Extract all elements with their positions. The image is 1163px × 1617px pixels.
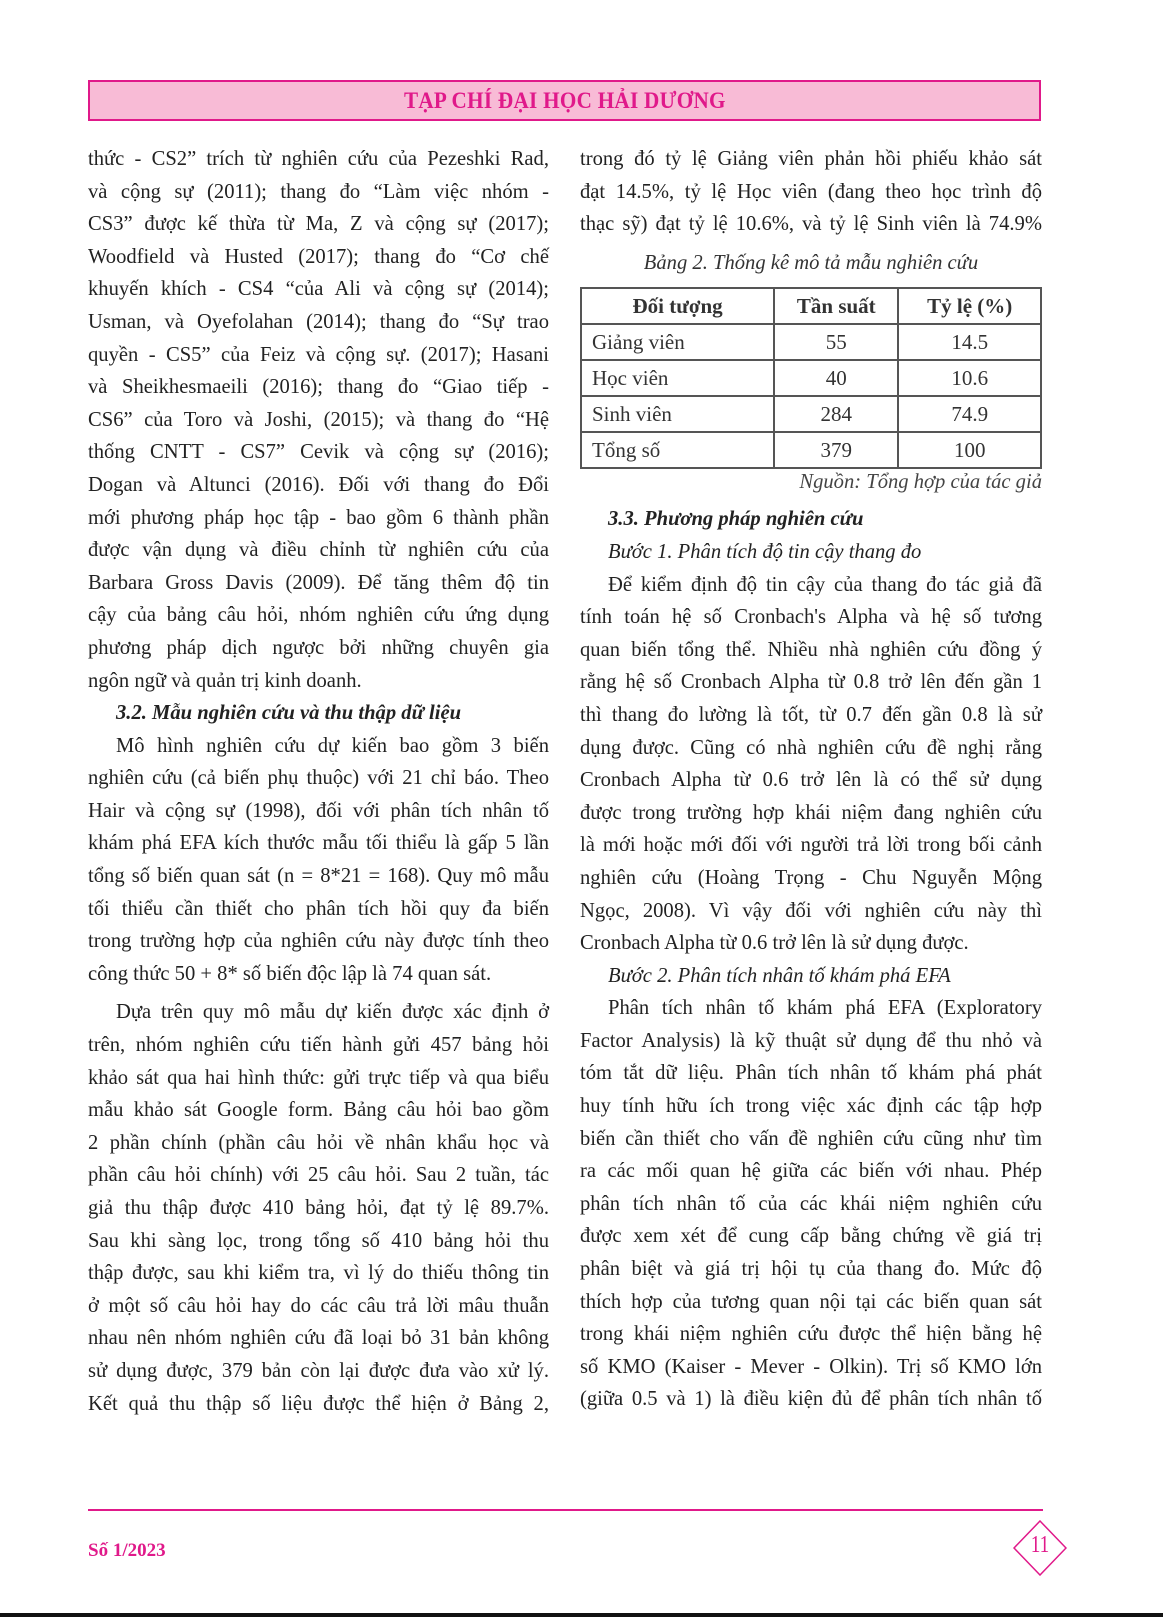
- text-line: dụng được. Cũng có nhà nghiên cứu đề ngh…: [580, 732, 1042, 765]
- issue-number: Số 1/2023: [88, 1540, 166, 1562]
- table-cell: 100: [898, 432, 1041, 468]
- step1-heading: Bước 1. Phân tích độ tin cậy thang đo: [580, 536, 1042, 569]
- scan-edge-strip: [0, 1613, 1163, 1617]
- text-line: biến cần thiết cho vấn đề nghiên cứu cũn…: [580, 1123, 1042, 1156]
- text-line: Để kiểm định độ tin cậy của thang đo tác…: [580, 569, 1042, 602]
- column-header: Tỷ lệ (%): [898, 288, 1041, 324]
- text-line: rằng hệ số Cronbach Alpha từ 0.8 trở lên…: [580, 666, 1042, 699]
- text-line: quyền - CS5” của Feiz và cộng sự. (2017)…: [88, 339, 549, 372]
- table-row: Học viên 40 10.6: [581, 360, 1041, 396]
- text-line: cậy của bảng câu hỏi, nhóm nghiên cứu ứn…: [88, 599, 549, 632]
- section-heading-3-2: 3.2. Mẫu nghiên cứu và thu thập dữ liệu: [88, 697, 549, 730]
- text-line: Sau khi sàng lọc, trong tổng số 410 bảng…: [88, 1225, 549, 1258]
- text-line: Hair và cộng sự (1998), đối với phân tíc…: [88, 795, 549, 828]
- paragraph-reliability: Để kiểm định độ tin cậy của thang đo tác…: [580, 569, 1042, 960]
- table-cell: 74.9: [898, 396, 1041, 432]
- text-line: số KMO (Kaiser - Mever - Olkin). Trị số …: [580, 1351, 1042, 1384]
- right-column: trong đó tỷ lệ Giảng viên phản hồi phiếu…: [580, 143, 1042, 1416]
- text-line: phân biệt và giá trị hội tụ của thang đo…: [580, 1253, 1042, 1286]
- text-line: được vận dụng và điều chỉnh từ nghiên cứ…: [88, 534, 549, 567]
- paragraph-efa: Phân tích nhân tố khám phá EFA (Explorat…: [580, 992, 1042, 1416]
- text-line: phân tích nhân tố của các khái niệm nghi…: [580, 1188, 1042, 1221]
- text-line: thạc sỹ) đạt tỷ lệ 10.6%, và tỷ lệ Sinh …: [580, 208, 1042, 241]
- table-cell: Sinh viên: [581, 396, 774, 432]
- text-line: Kết quả thu thập số liệu được thể hiện ở…: [88, 1388, 549, 1421]
- page-number-badge: 11: [1013, 1520, 1067, 1576]
- table-header-row: Đối tượng Tần suất Tỷ lệ (%): [581, 288, 1041, 324]
- text-line: thì thang đo lường là tốt, từ 0.7 đến gầ…: [580, 699, 1042, 732]
- paragraph-response-rates: trong đó tỷ lệ Giảng viên phản hồi phiếu…: [580, 143, 1042, 241]
- text-line: thống CNTT - CS7” Cevik và cộng sự (2016…: [88, 436, 549, 469]
- table-cell: 40: [774, 360, 898, 396]
- text-line: ở một số câu hỏi hay do các câu trả lời …: [88, 1290, 549, 1323]
- text-line: thích hợp của tương quan nội tại các biế…: [580, 1286, 1042, 1319]
- text-line: Woodfield và Husted (2017); thang đo “Cơ…: [88, 241, 549, 274]
- text-line: nghiên cứu (Hoàng Trọng - Chu Nguyễn Mộn…: [580, 862, 1042, 895]
- text-line: (giữa 0.5 và 1) là điều kiện đủ để phân …: [580, 1383, 1042, 1416]
- text-line: Barbara Gross Davis (2009). Để tăng thêm…: [88, 567, 549, 600]
- text-line: tối thiểu cần thiết cho phân tích hồi qu…: [88, 893, 549, 926]
- text-line: tính toán hệ số Cronbach's Alpha và hệ s…: [580, 601, 1042, 634]
- text-line: phương pháp dịch ngược bởi những chuyên …: [88, 632, 549, 665]
- text-line: Factor Analysis) là kỹ thuật sử dụng để …: [580, 1025, 1042, 1058]
- text-line: nhau nên nhóm nghiên cứu đã loại bỏ 31 b…: [88, 1322, 549, 1355]
- paragraph-scales-sources: thức - CS2” trích từ nghiên cứu của Peze…: [88, 143, 549, 697]
- text-line: Phân tích nhân tố khám phá EFA (Explorat…: [580, 992, 1042, 1025]
- text-line: khảo sát qua hai hình thức: gửi trực tiế…: [88, 1062, 549, 1095]
- text-line: 2 phần chính (phần câu hỏi về nhân khẩu …: [88, 1127, 549, 1160]
- section-heading-3-3: 3.3. Phương pháp nghiên cứu: [580, 503, 1042, 536]
- text-line: là mới hoặc mới đối với người trả lời tr…: [580, 829, 1042, 862]
- journal-title: TẠP CHÍ ĐẠI HỌC HẢI DƯƠNG: [404, 88, 726, 114]
- paragraph-sample-size: Mô hình nghiên cứu dự kiến bao gồm 3 biế…: [88, 730, 549, 991]
- text-line: CS3” được kế thừa từ Ma, Z và cộng sự (2…: [88, 208, 549, 241]
- text-line: Cronbach Alpha từ 0.6 trở lên là có thể …: [580, 764, 1042, 797]
- table-cell: 14.5: [898, 324, 1041, 360]
- table-row: Sinh viên 284 74.9: [581, 396, 1041, 432]
- step2-heading: Bước 2. Phân tích nhân tố khám phá EFA: [580, 960, 1042, 993]
- text-line: được xem xét để cung cấp bằng chứng về g…: [580, 1220, 1042, 1253]
- column-header: Đối tượng: [581, 288, 774, 324]
- text-line: ngôn ngữ và quản trị kinh doanh.: [88, 665, 549, 698]
- table-row: Tổng số 379 100: [581, 432, 1041, 468]
- footer-divider: [88, 1509, 1043, 1511]
- journal-header-banner: TẠP CHÍ ĐẠI HỌC HẢI DƯƠNG: [88, 80, 1041, 121]
- table-cell: 379: [774, 432, 898, 468]
- text-line: CS6” của Toro và Joshi, (2015); và thang…: [88, 404, 549, 437]
- text-line: mẫu khảo sát Google form. Bảng câu hỏi b…: [88, 1094, 549, 1127]
- text-line: khám phá EFA kích thước mẫu tối thiểu là…: [88, 827, 549, 860]
- table-source-note: Nguồn: Tổng hợp của tác giả: [580, 469, 1042, 495]
- table-cell: 10.6: [898, 360, 1041, 396]
- text-line: Ngọc, 2008). Vì vậy đối với nghiên cứu n…: [580, 895, 1042, 928]
- text-line: phần câu hỏi chính) với 25 câu hỏi. Sau …: [88, 1159, 549, 1192]
- text-line: Dogan và Altunci (2016). Đối với thang đ…: [88, 469, 549, 502]
- text-line: thập được, sau khi kiểm tra, vì lý do th…: [88, 1257, 549, 1290]
- table-row: Giảng viên 55 14.5: [581, 324, 1041, 360]
- paragraph-data-collection: Dựa trên quy mô mẫu dự kiến được xác địn…: [88, 996, 549, 1420]
- left-column: thức - CS2” trích từ nghiên cứu của Peze…: [88, 143, 549, 1420]
- table-caption: Bảng 2. Thống kê mô tả mẫu nghiên cứu: [580, 247, 1042, 280]
- text-line: tóm tắt dữ liệu. Phân tích nhân tố khám …: [580, 1057, 1042, 1090]
- text-line: trên, nhóm nghiên cứu tiến hành gửi 457 …: [88, 1029, 549, 1062]
- page-number: 11: [1018, 1532, 1061, 1559]
- text-line: được trong trường hợp khái niệm đang ngh…: [580, 797, 1042, 830]
- text-line: tổng số biến quan sát (n = 8*21 = 168). …: [88, 860, 549, 893]
- text-line: và cộng sự (2011); thang đo “Làm việc nh…: [88, 176, 549, 209]
- table-cell: Tổng số: [581, 432, 774, 468]
- table-cell: Học viên: [581, 360, 774, 396]
- text-line: nghiên cứu (cả biến phụ thuộc) với 21 ch…: [88, 762, 549, 795]
- text-line: ra các mối quan hệ giữa các biến với nha…: [580, 1155, 1042, 1188]
- text-line: thức - CS2” trích từ nghiên cứu của Peze…: [88, 143, 549, 176]
- text-line: Dựa trên quy mô mẫu dự kiến được xác địn…: [88, 996, 549, 1029]
- table-cell: Giảng viên: [581, 324, 774, 360]
- text-line: huy tính hữu ích trong việc xác định các…: [580, 1090, 1042, 1123]
- text-line: Cronbach Alpha từ 0.6 trở lên là sử dụng…: [580, 927, 1042, 960]
- text-line: trong khái niệm nghiên cứu được thể hiện…: [580, 1318, 1042, 1351]
- table-cell: 284: [774, 396, 898, 432]
- text-line: đạt 14.5%, tỷ lệ Học viên (đang theo học…: [580, 176, 1042, 209]
- text-line: quan biến tổng thể. Nhiều nhà nghiên cứu…: [580, 634, 1042, 667]
- table-cell: 55: [774, 324, 898, 360]
- text-line: Usman, và Oyefolahan (2014); thang đo “S…: [88, 306, 549, 339]
- text-line: mới phương pháp học tập - bao gồm 6 thàn…: [88, 502, 549, 535]
- sample-statistics-table: Đối tượng Tần suất Tỷ lệ (%) Giảng viên …: [580, 287, 1042, 469]
- text-line: khuyến khích - CS4 “của Ali và cộng sự (…: [88, 273, 549, 306]
- text-line: và Sheikhesmaeili (2016); thang đo “Giao…: [88, 371, 549, 404]
- text-line: trong trường hợp của nghiên cứu này được…: [88, 925, 549, 958]
- text-line: sử dụng được, 379 bản còn lại được đưa v…: [88, 1355, 549, 1388]
- column-header: Tần suất: [774, 288, 898, 324]
- text-line: trong đó tỷ lệ Giảng viên phản hồi phiếu…: [580, 143, 1042, 176]
- text-line: Mô hình nghiên cứu dự kiến bao gồm 3 biế…: [88, 730, 549, 763]
- text-line: giả thu thập được 410 bảng hỏi, đạt tỷ l…: [88, 1192, 549, 1225]
- text-line: công thức 50 + 8* số biến độc lập là 74 …: [88, 958, 549, 991]
